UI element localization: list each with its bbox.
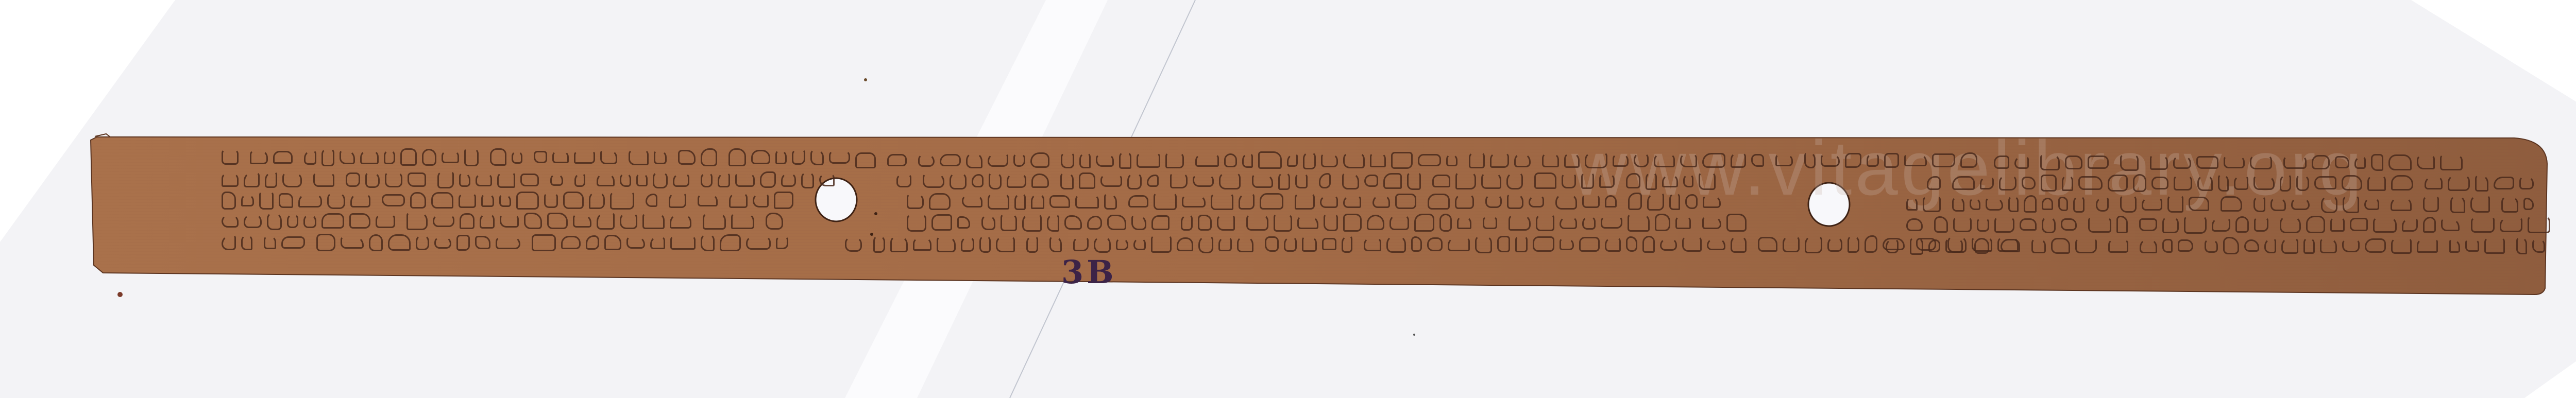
glyph-stroke [653, 171, 667, 188]
glyph-stroke [497, 172, 515, 188]
glyph-stroke [287, 214, 298, 228]
glyph-stroke [480, 213, 494, 229]
glyph-stroke [1342, 172, 1359, 189]
glyph-stroke [810, 149, 823, 165]
glyph-stroke [1104, 193, 1117, 210]
glyph-stroke [2224, 156, 2245, 168]
glyph-stroke [2314, 176, 2336, 189]
glyph-stroke [819, 174, 835, 186]
text-line: Grantha line 4 (left block) [222, 211, 788, 231]
glyph-stroke [281, 236, 305, 249]
glyph-stroke [2291, 198, 2310, 210]
glyph-stroke [1237, 236, 1253, 252]
glyph-stroke [776, 236, 788, 249]
glyph-stroke [1758, 237, 1777, 252]
glyph-stroke [279, 193, 293, 208]
glyph-stroke [2402, 218, 2418, 232]
glyph-stroke [2212, 218, 2230, 232]
glyph-stroke [2494, 177, 2514, 189]
glyph-stroke [642, 213, 665, 229]
glyph-stroke [1994, 155, 2009, 169]
glyph-stroke [532, 234, 556, 251]
glyph-stroke [1407, 172, 1420, 190]
glyph-stroke [610, 192, 634, 210]
glyph-stroke [2350, 218, 2368, 231]
glyph-stroke [563, 192, 584, 209]
glyph-stroke [2440, 154, 2463, 170]
glyph-stroke [460, 213, 474, 229]
glyph-stroke [496, 236, 520, 249]
glyph-stroke [1977, 218, 1989, 232]
glyph-stroke [2470, 195, 2490, 213]
glyph-stroke [931, 214, 952, 231]
glyph-stroke [1455, 172, 1476, 189]
glyph-stroke [650, 236, 666, 249]
glyph-stroke [1432, 175, 1451, 187]
glyph-stroke [1702, 216, 1721, 229]
glyph-stroke [1934, 216, 1947, 233]
glyph-stroke [1703, 195, 1721, 208]
glyph-stroke [1181, 214, 1193, 231]
glyph-stroke [1848, 235, 1859, 253]
glyph-stroke [1322, 238, 1336, 250]
glyph-stroke [2335, 156, 2349, 168]
glyph-stroke [1073, 237, 1089, 251]
glyph-stroke [1865, 235, 1877, 253]
glyph-stroke [1383, 173, 1402, 189]
glyph-stroke [1485, 195, 1502, 208]
glyph-stroke [265, 171, 277, 188]
glyph-stroke [1295, 193, 1315, 210]
glyph-stroke [1260, 193, 1283, 210]
glyph-stroke [250, 150, 268, 164]
glyph-stroke [890, 236, 907, 252]
glyph-stroke [464, 148, 479, 166]
glyph-stroke [2254, 217, 2268, 232]
glyph-stroke [1660, 238, 1677, 251]
glyph-stroke [350, 194, 370, 207]
glyph-stroke [2501, 196, 2518, 213]
glyph-stroke [2073, 196, 2084, 213]
glyph-stroke [406, 212, 428, 230]
glyph-stroke [550, 174, 563, 186]
glyph-stroke [923, 174, 944, 188]
glyph-stroke [1128, 195, 1148, 207]
glyph-stroke [2523, 198, 2534, 210]
glyph-stroke [940, 154, 960, 166]
glyph-stroke [410, 192, 426, 209]
glyph-stroke [1147, 175, 1158, 187]
glyph-stroke [1411, 236, 1422, 252]
glyph-stroke [720, 234, 741, 251]
glyph-stroke [2303, 237, 2315, 254]
glyph-stroke [2196, 156, 2218, 169]
glyph-stroke [222, 192, 236, 210]
glyph-stroke [1274, 214, 1292, 232]
glyph-stroke [1845, 153, 1861, 168]
text-line: Grantha line 3 (left block) [222, 191, 799, 210]
glyph-stroke [1239, 193, 1255, 210]
glyph-stroke [2388, 154, 2412, 170]
glyph-stroke [1613, 154, 1629, 167]
glyph-stroke [1509, 214, 1531, 231]
glyph-stroke [346, 172, 360, 187]
glyph-stroke [1585, 152, 1607, 168]
glyph-stroke [1446, 154, 1458, 166]
glyph-stroke [698, 194, 718, 206]
glyph-stroke [1224, 153, 1237, 167]
glyph-stroke [1211, 193, 1233, 210]
glyph-stroke [996, 236, 1014, 252]
glyph-stroke [1582, 216, 1596, 230]
glyph-stroke [382, 194, 405, 206]
glyph-stroke [1952, 197, 1964, 212]
glyph-stroke [1096, 154, 1114, 167]
glyph-stroke [516, 192, 538, 210]
glyph-stroke [2088, 155, 2109, 169]
glyph-stroke [1193, 175, 1214, 187]
glyph-stroke [1087, 216, 1102, 230]
glyph-stroke [2283, 156, 2307, 169]
glyph-stroke [241, 235, 252, 250]
text-line: Grantha line 3 (middle block) [907, 192, 1726, 211]
glyph-stroke [499, 194, 511, 207]
glyph-stroke [2151, 177, 2168, 189]
glyph-stroke [1439, 214, 1452, 232]
glyph-stroke [907, 214, 926, 232]
glyph-stroke [735, 173, 755, 187]
glyph-stroke [408, 172, 426, 187]
glyph-stroke [1343, 214, 1362, 232]
glyph-stroke [2065, 155, 2083, 169]
glyph-stroke [2343, 195, 2359, 213]
glyph-stroke [1601, 216, 1622, 229]
glyph-stroke [1953, 217, 1972, 232]
glyph-stroke [431, 192, 453, 209]
glyph-stroke [966, 152, 982, 168]
glyph-stroke [961, 236, 974, 252]
glyph-stroke [673, 173, 689, 187]
glyph-stroke [267, 212, 282, 230]
glyph-stroke [1165, 152, 1184, 168]
glyph-stroke [829, 150, 850, 164]
glyph-stroke [2270, 197, 2286, 211]
glyph-stroke [1515, 236, 1527, 252]
glyph-stroke [1343, 195, 1361, 208]
text-line: Grantha line 1 (left block) [222, 147, 855, 167]
string-hole-right [1808, 183, 1850, 226]
glyph-stroke [2024, 195, 2037, 213]
glyph-stroke [1654, 153, 1674, 167]
glyph-stroke [896, 174, 911, 187]
glyph-stroke [2365, 238, 2386, 253]
glyph-stroke [574, 151, 595, 164]
glyph-stroke [1119, 151, 1131, 169]
glyph-stroke [1242, 153, 1253, 168]
glyph-stroke [1581, 172, 1594, 189]
glyph-stroke [512, 151, 522, 164]
glyph-stroke [475, 236, 490, 249]
glyph-stroke [1507, 194, 1524, 209]
glyph-stroke [2354, 156, 2366, 169]
glyph-stroke [1970, 198, 1980, 210]
glyph-stroke [313, 172, 334, 187]
glyph-stroke [573, 214, 591, 228]
glyph-stroke [340, 150, 355, 164]
glyph-stroke [1258, 151, 1281, 169]
glyph-stroke [1151, 235, 1172, 253]
glyph-stroke [2133, 174, 2146, 192]
text-line: Grantha line 4 (middle block) [907, 213, 1752, 232]
glyph-stroke [1702, 153, 1725, 168]
glyph-stroke [1007, 174, 1026, 188]
glyph-stroke [365, 172, 380, 188]
glyph-stroke [950, 172, 967, 189]
glyph-stroke [1534, 172, 1556, 189]
glyph-stroke [2320, 238, 2337, 253]
glyph-stroke [2500, 217, 2522, 232]
glyph-stroke [2244, 239, 2259, 252]
glyph-stroke [384, 150, 395, 164]
glyph-stroke [1060, 172, 1074, 189]
glyph-stroke [1699, 172, 1716, 190]
glyph-stroke [1182, 195, 1206, 207]
glyph-stroke [792, 149, 805, 165]
glyph-stroke [1198, 215, 1212, 231]
glyph-stroke [2223, 237, 2239, 254]
glyph-stroke [547, 213, 568, 229]
glyph-stroke [442, 151, 460, 163]
glyph-stroke [422, 149, 436, 166]
glyph-stroke [304, 150, 316, 165]
glyph-stroke [1386, 235, 1406, 253]
glyph-stroke [728, 148, 747, 166]
glyph-stroke [962, 195, 982, 207]
glyph-stroke [241, 194, 254, 206]
glyph-stroke [2364, 198, 2379, 210]
glyph-stroke [2281, 237, 2298, 254]
glyph-stroke [1514, 153, 1531, 167]
glyph-stroke [629, 149, 649, 165]
glyph-stroke [2280, 216, 2301, 233]
glyph-stroke [2001, 239, 2020, 252]
glyph-stroke [1634, 153, 1649, 167]
text-line: Grantha line 5 (continuous, spans middle… [845, 234, 2030, 254]
glyph-stroke [1061, 152, 1074, 168]
glyph-stroke [2312, 155, 2330, 169]
glyph-stroke [1107, 215, 1126, 230]
glyph-stroke [989, 172, 1002, 189]
glyph-stroke [388, 234, 411, 251]
glyph-stroke [2078, 176, 2103, 190]
glyph-stroke [1999, 175, 2016, 191]
glyph-stroke [400, 148, 417, 166]
glyph-stroke [1952, 176, 1975, 190]
glyph-stroke [1605, 237, 1621, 252]
glyph-stroke [1448, 237, 1469, 251]
glyph-stroke [2253, 176, 2275, 190]
glyph-stroke [259, 192, 274, 210]
glyph-stroke [1906, 218, 1923, 231]
glyph-stroke [1079, 152, 1091, 168]
glyph-stroke [2162, 239, 2173, 253]
glyph-stroke [2008, 196, 2019, 212]
glyph-stroke [2423, 217, 2436, 233]
glyph-stroke [1198, 235, 1213, 253]
glyph-stroke [222, 149, 239, 165]
text-line: Grantha line 3 (right block) [1906, 194, 2545, 214]
glyph-stroke [1372, 195, 1390, 208]
glyph-stroke [1195, 154, 1218, 167]
glyph-stroke [2096, 197, 2109, 212]
glyph-stroke [801, 171, 814, 188]
glyph-stroke [360, 150, 379, 164]
glyph-stroke [2417, 155, 2435, 169]
glyph-stroke [2519, 176, 2534, 189]
glyph-stroke [2167, 195, 2183, 213]
glyph-stroke [1707, 238, 1725, 250]
glyph-stroke [1049, 236, 1062, 252]
glyph-stroke [2088, 217, 2112, 233]
glyph-stroke [2441, 218, 2460, 231]
glyph-stroke [1455, 194, 1474, 209]
glyph-stroke [1726, 214, 1747, 232]
glyph-stroke [1867, 153, 1879, 167]
glyph-stroke [1506, 172, 1523, 189]
glyph-stroke [1927, 176, 1941, 190]
glyph-stroke [2042, 216, 2055, 233]
glyph-stroke [646, 194, 657, 207]
glyph-stroke [1626, 236, 1637, 252]
glyph-stroke [2173, 155, 2191, 169]
glyph-stroke [1669, 193, 1680, 210]
glyph-stroke [1536, 214, 1554, 231]
glyph-stroke [586, 235, 599, 250]
glyph-stroke [2516, 237, 2527, 254]
glyph-stroke [349, 213, 370, 229]
glyph-stroke [636, 174, 648, 186]
glyph-stroke [731, 213, 754, 229]
glyph-stroke [2465, 239, 2479, 252]
glyph-stroke [887, 154, 906, 166]
glyph-stroke [1022, 214, 1042, 232]
glyph-stroke [1170, 173, 1188, 188]
glyph-stroke [766, 213, 783, 230]
glyph-stroke [2450, 195, 2465, 213]
glyph-stroke [2205, 239, 2218, 253]
glyph-stroke [2221, 196, 2242, 212]
glyph-stroke [988, 193, 1009, 210]
glyph-stroke [1321, 153, 1338, 167]
glyph-stroke [1031, 194, 1045, 209]
glyph-stroke [1932, 153, 1955, 167]
glyph-stroke [1655, 214, 1670, 231]
glyph-stroke [321, 148, 334, 166]
text-line: Grantha line 2 (left block) [222, 170, 840, 189]
glyph-stroke [626, 236, 645, 249]
text-line: Grantha line 2 (right block) [1927, 173, 2545, 193]
glyph-stroke [1414, 214, 1435, 232]
glyph-stroke [1974, 238, 1989, 254]
glyph-stroke [1805, 235, 1823, 253]
glyph-stroke [1100, 175, 1122, 187]
glyph-stroke [1923, 196, 1940, 212]
glyph-stroke [2061, 218, 2077, 231]
glyph-stroke [2371, 154, 2383, 171]
text-line: Grantha line 1 (continuous, spans middle… [855, 150, 1989, 170]
glyph-stroke [273, 151, 293, 164]
glyph-stroke [1367, 215, 1384, 230]
glyph-stroke [1827, 237, 1842, 252]
glyph-stroke [369, 234, 383, 251]
glyph-stroke [1116, 238, 1128, 250]
glyph-stroke [1014, 193, 1025, 210]
glyph-stroke [1783, 236, 1799, 252]
glyph-stroke [2532, 239, 2545, 253]
folio-label: 3B [1061, 253, 1117, 291]
glyph-stroke [2031, 238, 2046, 253]
glyph-stroke [1960, 152, 1977, 168]
glyph-stroke [1047, 214, 1059, 232]
glyph-stroke [481, 194, 494, 207]
glyph-stroke [459, 172, 470, 187]
glyph-stroke [1219, 172, 1241, 189]
glyph-stroke [1562, 174, 1576, 188]
glyph-stroke [1151, 215, 1169, 230]
glyph-stroke [873, 235, 885, 253]
glyph-stroke [2448, 175, 2470, 191]
glyph-stroke [1364, 237, 1381, 251]
glyph-stroke [1628, 193, 1642, 210]
glyph-stroke [1680, 153, 1698, 167]
glyph-stroke [2140, 238, 2157, 253]
glyph-stroke [1428, 194, 1450, 210]
glyph-stroke [1075, 195, 1098, 209]
glyph-stroke [1910, 237, 1923, 255]
glyph-stroke [1945, 238, 1962, 253]
glyph-stroke [2391, 238, 2412, 254]
glyph-stroke [775, 150, 787, 164]
glyph-stroke [1928, 239, 1941, 252]
glyph-stroke [918, 154, 935, 167]
glyph-stroke [2471, 217, 2494, 233]
glyph-stroke [1646, 172, 1657, 190]
glyph-stroke [2058, 197, 2069, 211]
glyph-stroke [1133, 238, 1146, 250]
glyph-stroke [597, 212, 615, 230]
glyph-stroke [1682, 236, 1702, 252]
glyph-stroke [459, 193, 476, 208]
glyph-stroke [1418, 154, 1441, 166]
glyph-stroke [1131, 215, 1146, 230]
glyph-stroke [669, 193, 686, 208]
glyph-stroke [1579, 237, 1600, 252]
glyph-stroke [1031, 174, 1048, 188]
glyph-stroke [2174, 175, 2192, 191]
glyph-stroke [1481, 172, 1501, 189]
glyph-stroke [1094, 236, 1111, 253]
glyph-stroke [600, 150, 617, 164]
glyph-stroke [244, 214, 262, 228]
glyph-stroke [1064, 215, 1082, 230]
glyph-stroke [520, 174, 539, 186]
glyph-stroke [2162, 216, 2179, 233]
glyph-stroke [937, 236, 956, 252]
glyph-stroke [1457, 216, 1471, 229]
glyph-stroke [341, 236, 364, 249]
glyph-stroke [2139, 218, 2157, 231]
glyph-stroke [1582, 195, 1600, 208]
